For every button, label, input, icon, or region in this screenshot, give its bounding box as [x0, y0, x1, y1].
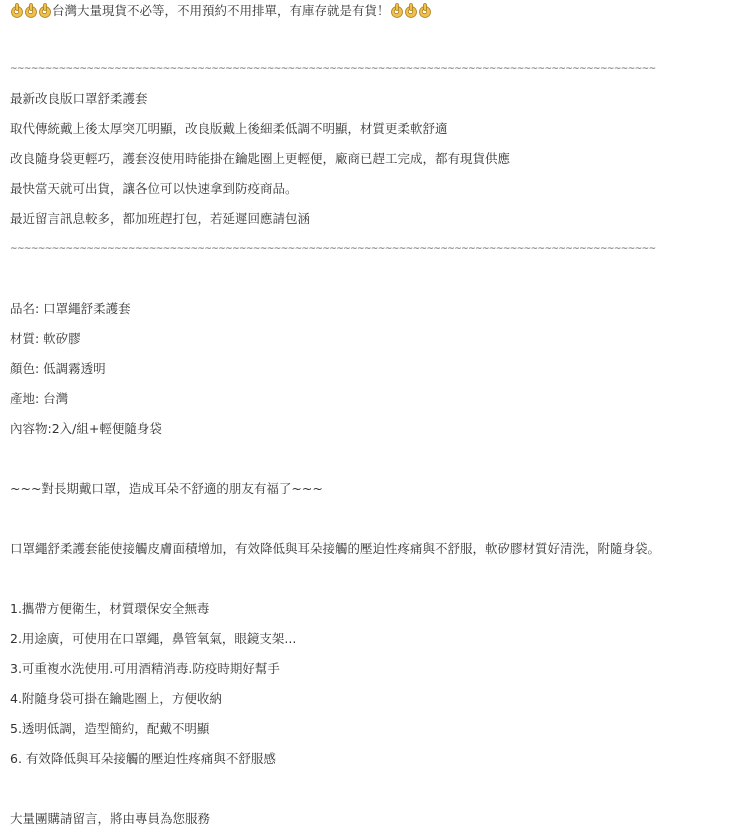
intro-line: 最近留言訊息較多，都加班趕打包，若延遲回應請包涵 [10, 204, 742, 234]
feature-item: 4.附隨身袋可掛在鑰匙圈上，方便收納 [10, 684, 742, 714]
ok-hand-emoji-icon [418, 2, 432, 18]
intro-line: 最快當天就可出貨，讓各位可以快速拿到防疫商品。 [10, 174, 742, 204]
tilde-divider: ~~~~~~~~~~~~~~~~~~~~~~~~~~~~~~~~~~~~~~~~… [10, 54, 656, 84]
ok-hand-emoji-icon [38, 2, 52, 18]
spacer [10, 504, 742, 534]
tilde-divider: ~~~~~~~~~~~~~~~~~~~~~~~~~~~~~~~~~~~~~~~~… [10, 234, 656, 264]
feature-item: 1.攜帶方便衛生，材質環保安全無毒 [10, 594, 742, 624]
intro-line: 改良隨身袋更輕巧，護套沒使用時能掛在鑰匙圈上更輕便，廠商已趕工完成，都有現貨供應 [10, 144, 742, 174]
headline: 台灣大量現貨不必等，不用預約不用排單，有庫存就是有貨！ [10, 0, 742, 23]
spacer [10, 264, 742, 294]
intro-line: 取代傳統戴上後太厚突兀明顯，改良版戴上後細柔低調不明顯，材質更柔軟舒適 [10, 114, 742, 144]
spacer [10, 774, 742, 804]
ok-hand-emoji-icon [24, 2, 38, 18]
ok-hand-emoji-icon [390, 2, 404, 18]
intro-line: 最新改良版口罩舒柔護套 [10, 84, 742, 114]
spacer [10, 444, 742, 474]
spec-line: 顏色: 低調霧透明 [10, 354, 742, 384]
closing-note: 大量團購請留言，將由專員為您服務 [10, 804, 742, 834]
feature-item: 3.可重複水洗使用.可用酒精消毒.防疫時期好幫手 [10, 654, 742, 684]
feature-item: 2.用途廣，可使用在口罩繩，鼻管氧氣，眼鏡支架... [10, 624, 742, 654]
summary: 口罩繩舒柔護套能使接觸皮膚面積增加，有效降低與耳朵接觸的壓迫性疼痛與不舒服，軟矽… [10, 534, 742, 564]
spec-line: 內容物:2入/組+輕便隨身袋 [10, 414, 742, 444]
ok-hand-emoji-icon [10, 2, 24, 18]
headline-text: 台灣大量現貨不必等，不用預約不用排單，有庫存就是有貨！ [52, 3, 390, 18]
feature-item: 5.透明低調，造型簡約，配戴不明顯 [10, 714, 742, 744]
feature-item: 6. 有效降低與耳朵接觸的壓迫性疼痛與不舒服感 [10, 744, 742, 774]
spacer [10, 564, 742, 594]
spec-line: 品名: 口罩繩舒柔護套 [10, 294, 742, 324]
tagline: ~~~對長期戴口罩，造成耳朵不舒適的朋友有福了~~~ [10, 474, 742, 504]
ok-hand-emoji-icon [404, 2, 418, 18]
spec-line: 材質: 軟矽膠 [10, 324, 742, 354]
product-description: 台灣大量現貨不必等，不用預約不用排單，有庫存就是有貨！ ~~~~~~~~~~~~… [0, 0, 742, 834]
spec-line: 產地: 台灣 [10, 384, 742, 414]
